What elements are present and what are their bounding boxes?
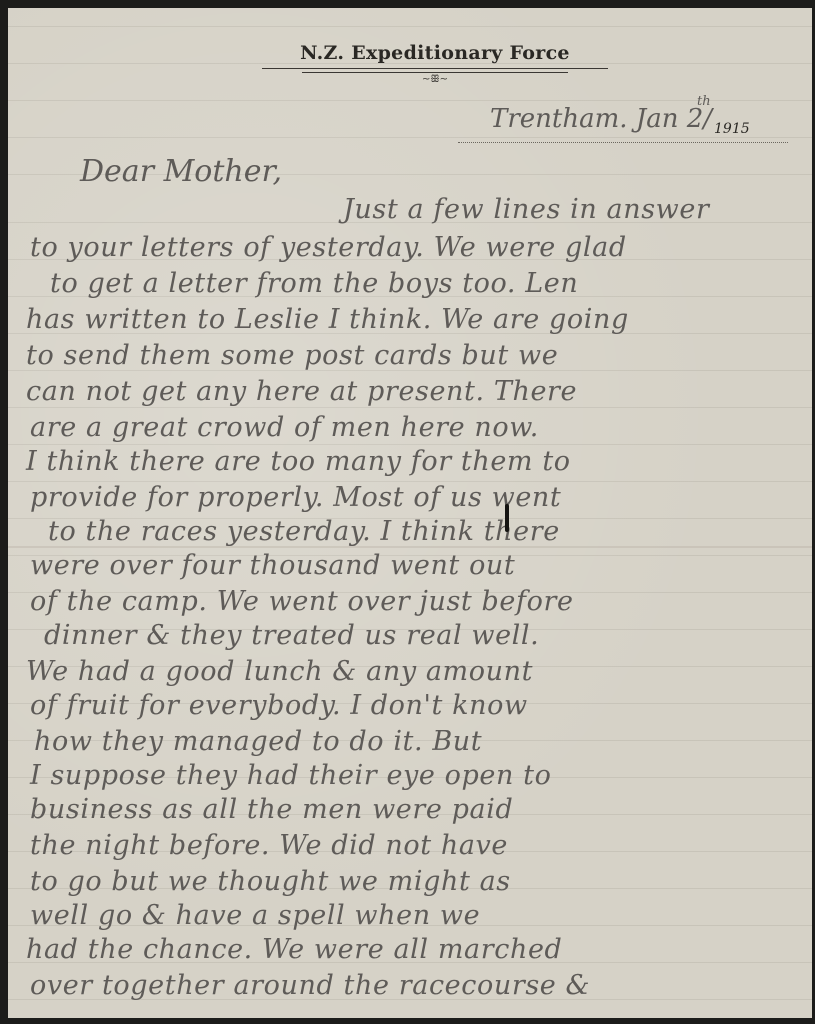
ornament-icon: ~ꕥ~ xyxy=(262,74,608,85)
letter-line: I think there are too many for them to xyxy=(26,446,571,477)
letter-line: We had a good lunch & any amount xyxy=(26,656,533,687)
letter-line: are a great crowd of men here now. xyxy=(30,412,539,443)
salutation: Dear Mother, xyxy=(80,154,282,189)
letterhead: N.Z. Expeditionary Force ~ꕥ~ xyxy=(262,42,608,85)
letter-line: to get a letter from the boys too. Len xyxy=(50,268,578,299)
letter-line: of fruit for everybody. I don't know xyxy=(30,690,528,721)
letterhead-rule xyxy=(302,72,568,73)
letter-line: the night before. We did not have xyxy=(30,830,508,861)
letter-line: of the camp. We went over just before xyxy=(30,586,574,617)
letter-line: provide for properly. Most of us went xyxy=(30,482,561,513)
letter-line: dinner & they treated us real well. xyxy=(44,620,539,651)
letter-line: to the races yesterday. I think there xyxy=(48,516,560,547)
letter-line: Just a few lines in answer xyxy=(343,194,709,225)
letter-line: has written to Leslie I think. We are go… xyxy=(26,304,629,335)
letter-line: business as all the men were paid xyxy=(30,794,513,825)
letter-line: how they managed to do it. But xyxy=(34,726,482,757)
letter-line: were over four thousand went out xyxy=(30,550,515,581)
letter-line: well go & have a spell when we xyxy=(30,900,480,931)
letter-page: N.Z. Expeditionary Force ~ꕥ~ Trentham. J… xyxy=(8,8,812,1018)
date-place: Trentham. Jan 2/ xyxy=(490,104,712,134)
ink-blot xyxy=(505,504,509,532)
letter-line: had the chance. We were all marched xyxy=(26,934,562,965)
letter-line: can not get any here at present. There xyxy=(26,376,577,407)
letter-line: to send them some post cards but we xyxy=(26,340,558,371)
letterhead-rule xyxy=(262,68,608,69)
letter-line: over together around the racecourse & xyxy=(30,970,590,1001)
letter-line: I suppose they had their eye open to xyxy=(30,760,551,791)
letter-line: to go but we thought we might as xyxy=(30,866,511,897)
date-ordinal-suffix: th xyxy=(697,94,711,109)
letter-line: to your letters of yesterday. We were gl… xyxy=(30,232,627,263)
date-year: 1915 xyxy=(714,121,750,137)
letterhead-title: N.Z. Expeditionary Force xyxy=(262,42,608,64)
